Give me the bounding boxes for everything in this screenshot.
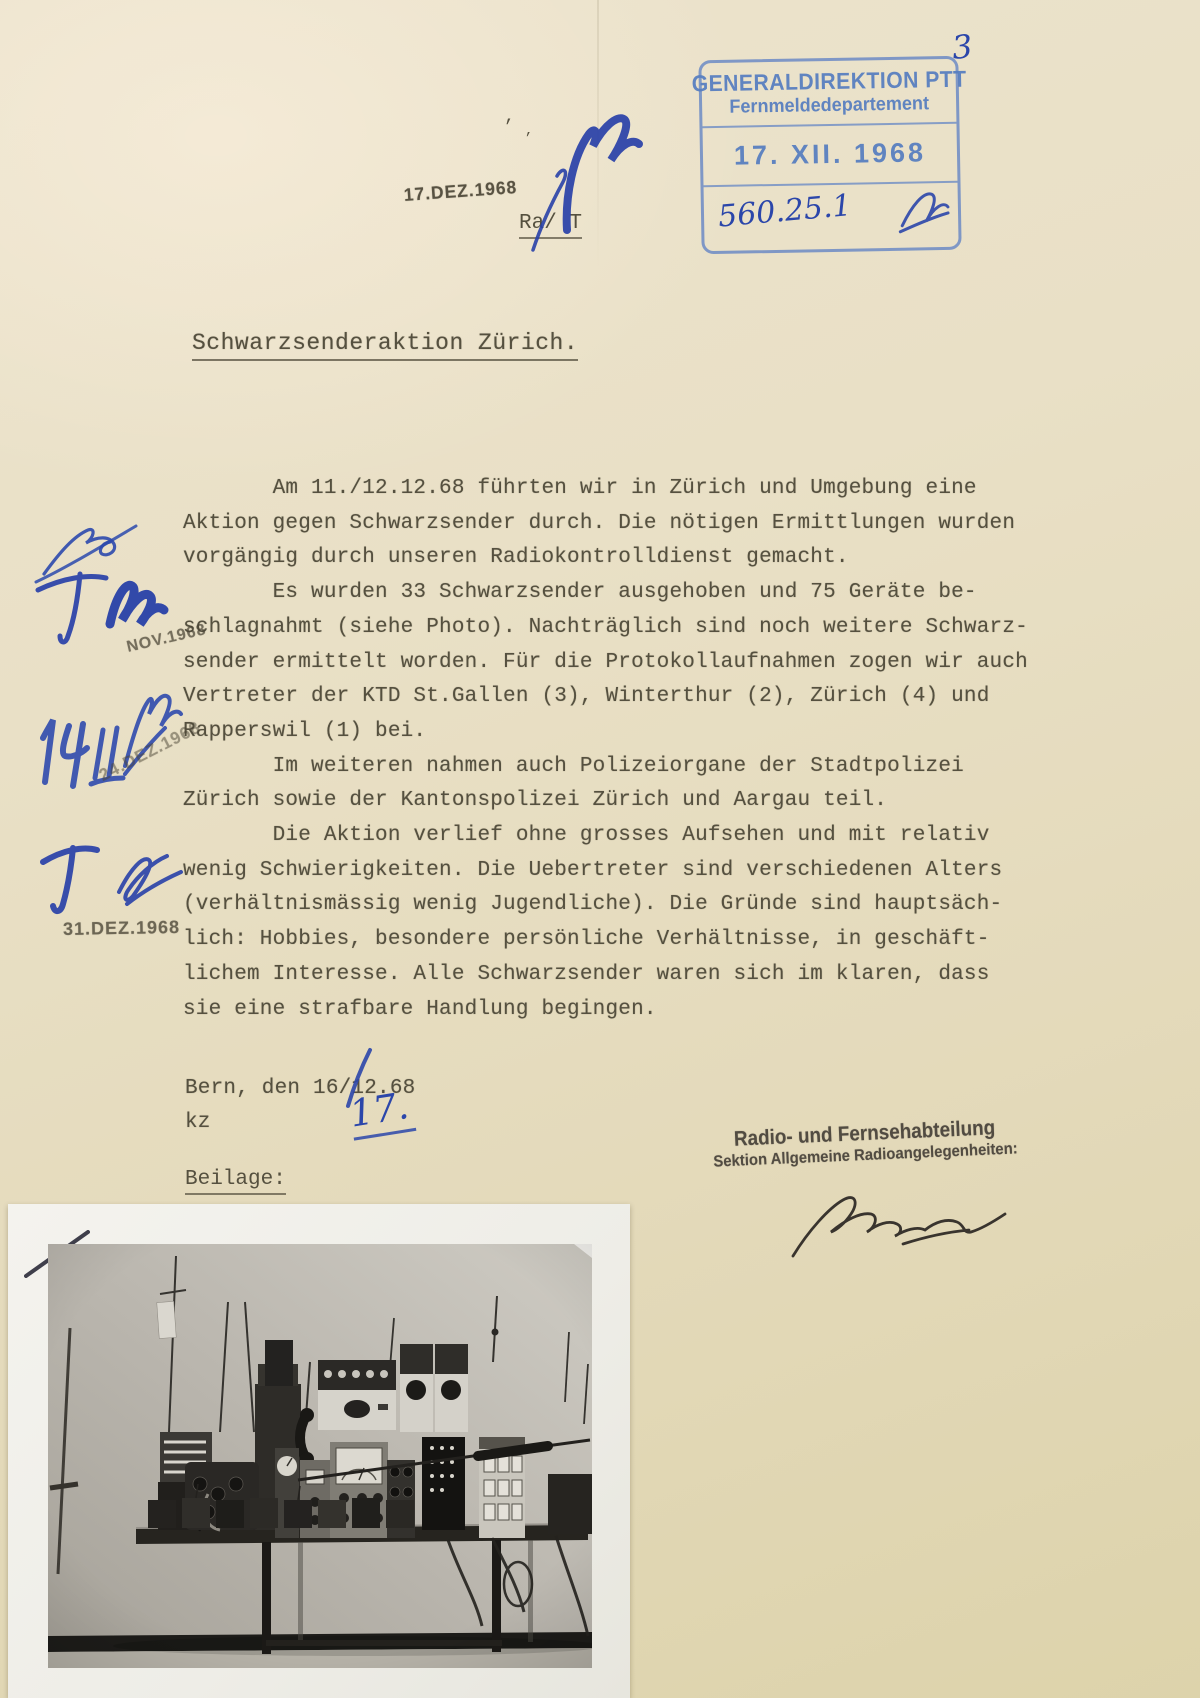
typed-line: Rapperswil (1) bei. bbox=[183, 715, 1028, 750]
registry-stamp-header: GENERALDIREKTION PTT Fernmeldedepartemen… bbox=[701, 59, 956, 128]
document-title-wrap: Schwarzsenderaktion Zürich. bbox=[192, 330, 578, 361]
typed-line: vorgängig durch unseren Radiokontrolldie… bbox=[183, 541, 1028, 576]
typed-line: Es wurden 33 Schwarzsender ausgehoben un… bbox=[183, 576, 1028, 611]
registry-stamp-dept: Fernmeldedepartement bbox=[729, 93, 929, 118]
typed-line: Im weiteren nahmen auch Polizeiorgane de… bbox=[183, 750, 1028, 785]
photo-image bbox=[48, 1244, 592, 1668]
typed-line: wenig Schwierigkeiten. Die Uebertreter s… bbox=[183, 854, 1028, 889]
registry-stamp-file-row: 560.25.1 bbox=[704, 183, 959, 247]
typed-line: Vertreter der KTD St.Gallen (3), Wintert… bbox=[183, 680, 1028, 715]
handwritten-17: 17. bbox=[347, 1083, 417, 1140]
typed-line: Aktion gegen Schwarzsender durch. Die nö… bbox=[183, 507, 1028, 542]
handwritten-visa-scribble bbox=[515, 108, 647, 256]
typed-line: Zürich sowie der Kantonspolizei Zürich u… bbox=[183, 784, 1028, 819]
department-stamp: Radio- und Fernsehabteilung Sektion Allg… bbox=[699, 1115, 1031, 1172]
typed-line: (verhältnismässig wenig Jugendliche). Di… bbox=[183, 888, 1028, 923]
dec31-date-stamp: 31.DEZ.1968 bbox=[63, 917, 180, 940]
margin-visa-tj bbox=[35, 840, 187, 928]
typed-line: lich: Hobbies, besondere persönliche Ver… bbox=[183, 923, 1028, 958]
typed-line: sender ermittelt worden. Für die Protoko… bbox=[183, 646, 1028, 681]
typed-line: schlagnahmt (siehe Photo). Nachträglich … bbox=[183, 611, 1028, 646]
enclosure-line: Beilage: bbox=[185, 1168, 286, 1195]
typed-line: Die Aktion verlief ohne grosses Aufsehen… bbox=[183, 819, 1028, 854]
body-text: Am 11./12.12.68 führten wir in Zürich un… bbox=[183, 472, 1028, 1027]
ink-speck: ’ bbox=[503, 118, 514, 138]
handwritten-file-number: 560.25.1 bbox=[717, 188, 853, 235]
document-title: Schwarzsenderaktion Zürich. bbox=[192, 330, 578, 361]
typed-line: Am 11./12.12.68 führten wir in Zürich un… bbox=[183, 472, 1028, 507]
signature bbox=[785, 1182, 1030, 1270]
evidence-photo bbox=[8, 1204, 630, 1698]
typist-initials: kz bbox=[185, 1106, 211, 1141]
registry-stamp-date: 17. XII. 1968 bbox=[703, 124, 958, 187]
enclosure-label: Beilage: bbox=[185, 1168, 286, 1195]
registry-stamp: GENERALDIREKTION PTT Fernmeldedepartemen… bbox=[698, 56, 961, 255]
typed-line: sie eine strafbare Handlung begingen. bbox=[183, 993, 1028, 1028]
typed-line: lichem Interesse. Alle Schwarzsender war… bbox=[183, 958, 1028, 993]
received-date-stamp: 17.DEZ.1968 bbox=[403, 177, 518, 206]
document-page: 3 GENERALDIREKTION PTT Fernmeldedepartem… bbox=[0, 0, 1200, 1698]
file-number-flourish bbox=[896, 185, 955, 238]
